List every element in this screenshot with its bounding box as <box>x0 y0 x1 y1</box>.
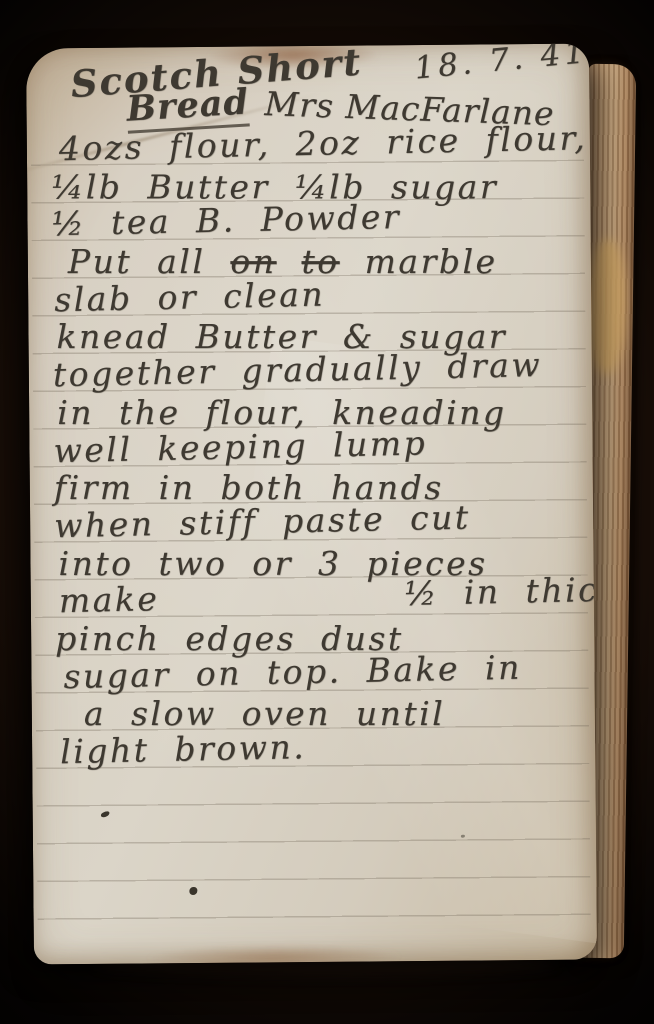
notebook-page: Scotch Short 18. 7. 41 Bread Mrs MacFarl… <box>26 44 597 965</box>
handwriting-line: together gradually draw <box>52 345 582 394</box>
handwriting-segment: ½ in thick <box>404 570 597 614</box>
paper-stain <box>144 943 404 964</box>
recipe-date: 18. 7. 41 <box>413 44 590 87</box>
recipe-body: 4ozs flour, 2oz rice flour,¼lb Butter ¼l… <box>51 126 586 771</box>
handwriting-line: 4ozs flour, 2oz rice flour, <box>58 119 580 168</box>
handwriting-segment: slab or clean <box>54 274 326 319</box>
handwriting-segment: well keeping lump <box>53 423 427 470</box>
handwriting-segment: ½ tea B. Powder <box>51 197 401 243</box>
handwriting-segment: when stiff paste cut <box>54 497 471 545</box>
handwriting-line: ½ tea B. Powder <box>51 195 581 244</box>
handwriting-segment: light brown. <box>60 727 307 771</box>
handwriting-segment: Put all <box>68 242 230 281</box>
handwriting-line: make½ in thick <box>58 571 584 620</box>
handwriting-segment: make <box>58 579 159 620</box>
photo-background: Scotch Short 18. 7. 41 Bread Mrs MacFarl… <box>0 0 654 1024</box>
